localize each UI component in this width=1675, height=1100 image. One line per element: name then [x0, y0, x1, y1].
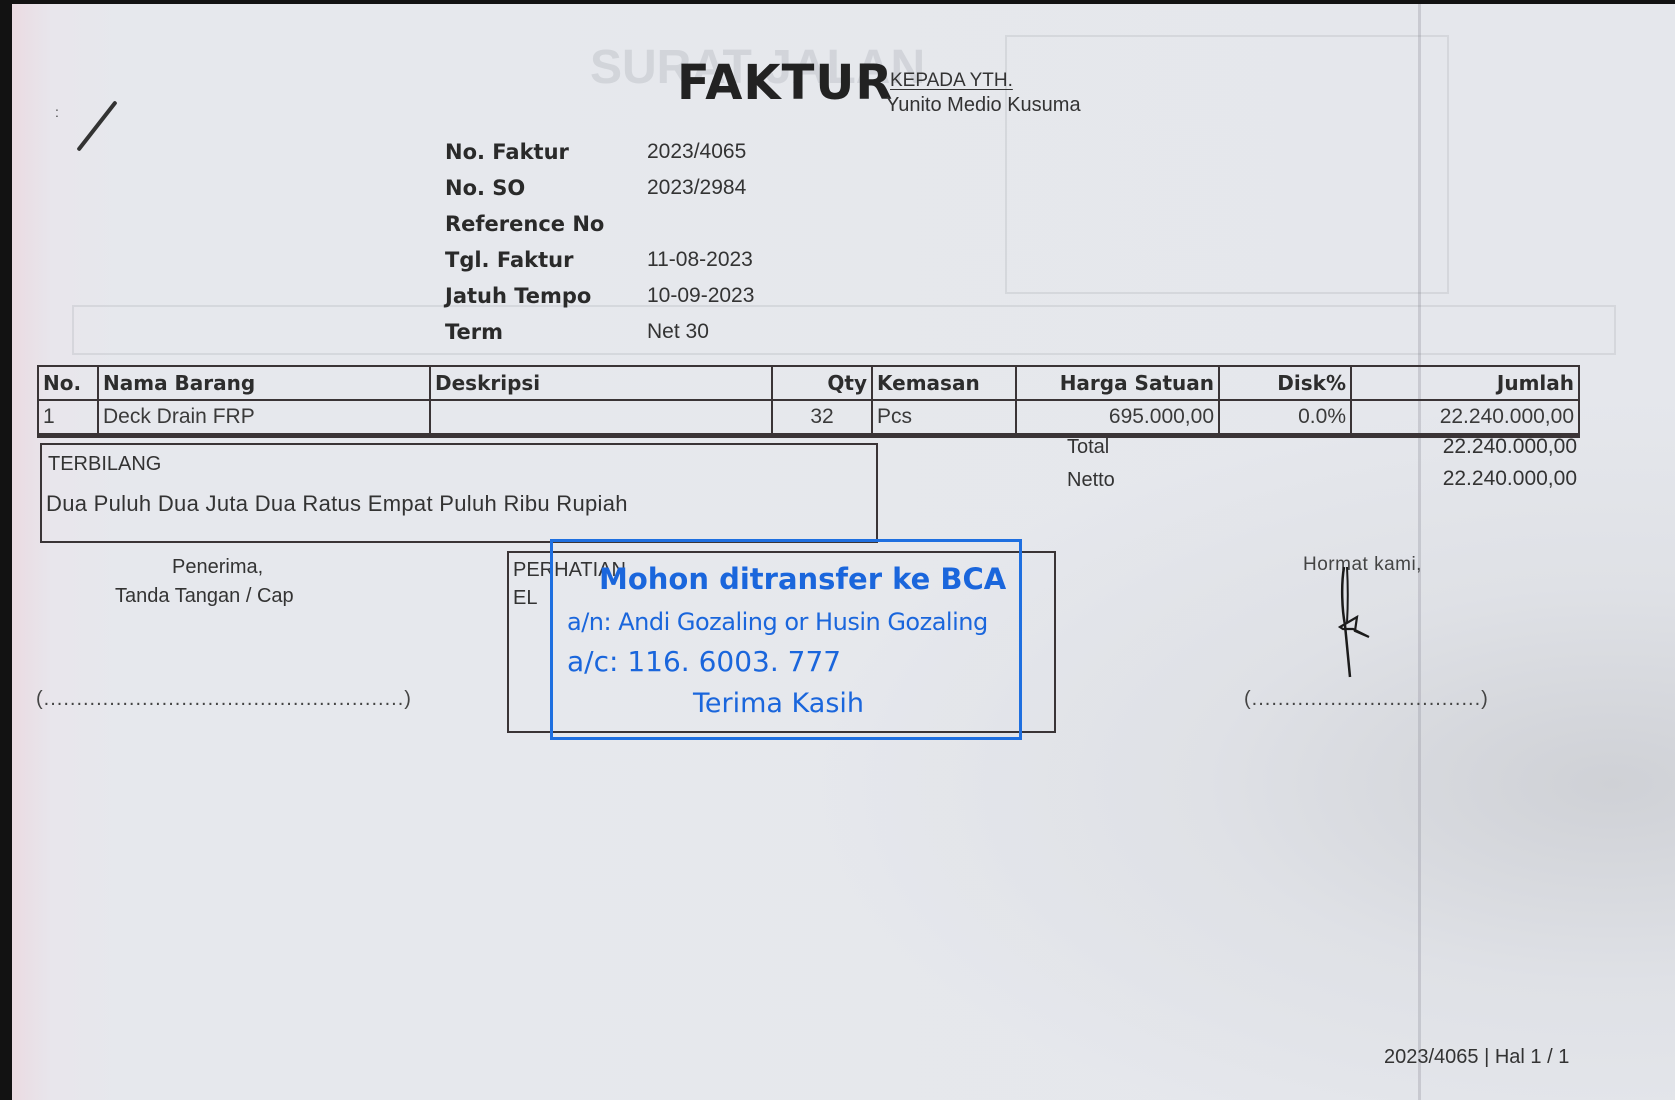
stamp-line-thanks: Terima Kasih	[693, 688, 864, 719]
meta-row-jatuh-tempo: Jatuh Tempo 10-09-2023	[445, 278, 754, 314]
pen-mark-dot: :	[55, 104, 59, 120]
col-no: No.	[38, 366, 98, 400]
cell-disk: 0.0%	[1219, 400, 1351, 436]
netto-value: 22.240.000,00	[1443, 467, 1577, 491]
meta-label: No. SO	[445, 176, 647, 200]
handwritten-signature-icon	[1335, 565, 1395, 685]
stamp-line-transfer: Mohon ditransfer ke BCA	[599, 562, 1006, 596]
cell-kemasan: Pcs	[872, 400, 1016, 436]
meta-label: Term	[445, 320, 647, 344]
table-header-row: No. Nama Barang Deskripsi Qty Kemasan Ha…	[38, 366, 1579, 400]
col-kemasan: Kemasan	[872, 366, 1016, 400]
page-footer: 2023/4065 | Hal 1 / 1	[1384, 1046, 1569, 1069]
invoice-meta: No. Faktur 2023/4065 No. SO 2023/2984 Re…	[445, 134, 754, 350]
total-label: Total	[1067, 436, 1109, 459]
stamp-line-account-name: a/n: Andi Gozaling or Husin Gozaling	[567, 608, 988, 636]
col-deskripsi: Deskripsi	[430, 366, 772, 400]
table-row: 1 Deck Drain FRP 32 Pcs 695.000,00 0.0% …	[38, 400, 1579, 436]
recipient-label: KEPADA YTH.	[890, 70, 1013, 92]
receiver-sign-instruction: Tanda Tangan / Cap	[115, 585, 294, 608]
items-table: No. Nama Barang Deskripsi Qty Kemasan Ha…	[37, 365, 1580, 438]
meta-row-term: Term Net 30	[445, 314, 754, 350]
col-disk: Disk%	[1219, 366, 1351, 400]
col-nama-barang: Nama Barang	[98, 366, 430, 400]
col-qty: Qty	[772, 366, 872, 400]
col-harga-satuan: Harga Satuan	[1016, 366, 1219, 400]
terbilang-text: Dua Puluh Dua Juta Dua Ratus Empat Puluh…	[46, 491, 628, 517]
terbilang-box: TERBILANG Dua Puluh Dua Juta Dua Ratus E…	[40, 443, 878, 543]
netto-label: Netto	[1067, 469, 1115, 492]
meta-row-no-faktur: No. Faktur 2023/4065	[445, 134, 754, 170]
show-through-box	[1005, 35, 1449, 294]
cell-qty: 32	[772, 400, 872, 436]
meta-value: 11-08-2023	[647, 248, 753, 272]
cell-no: 1	[38, 400, 98, 436]
bank-transfer-stamp: Mohon ditransfer ke BCA a/n: Andi Gozali…	[550, 539, 1022, 740]
meta-label: Jatuh Tempo	[445, 284, 647, 308]
sender-signature-line: (...................................)	[1244, 688, 1489, 711]
meta-value: 2023/2984	[647, 176, 746, 200]
meta-label: No. Faktur	[445, 140, 647, 164]
stamp-line-account-number: a/c: 116. 6003. 777	[567, 645, 841, 678]
meta-value: Net 30	[647, 320, 709, 344]
meta-row-tgl-faktur: Tgl. Faktur 11-08-2023	[445, 242, 754, 278]
meta-value: 10-09-2023	[647, 284, 754, 308]
notice-text: EL	[513, 587, 537, 610]
total-value: 22.240.000,00	[1443, 435, 1577, 459]
meta-row-reference-no: Reference No	[445, 206, 754, 242]
recipient-name: Yunito Medio Kusuma	[886, 94, 1081, 117]
receiver-label: Penerima,	[172, 556, 263, 579]
cell-harga-satuan: 695.000,00	[1016, 400, 1219, 436]
document-title: FAKTUR	[677, 55, 893, 111]
meta-value: 2023/4065	[647, 140, 746, 164]
cell-jumlah: 22.240.000,00	[1351, 400, 1579, 436]
terbilang-label: TERBILANG	[48, 453, 161, 476]
cell-nama-barang: Deck Drain FRP	[98, 400, 430, 436]
meta-row-no-so: No. SO 2023/2984	[445, 170, 754, 206]
receiver-signature-line: (.......................................…	[36, 688, 412, 711]
show-through-table	[72, 305, 1616, 355]
meta-label: Tgl. Faktur	[445, 248, 647, 272]
cell-deskripsi	[430, 400, 772, 436]
col-jumlah: Jumlah	[1351, 366, 1579, 400]
meta-label: Reference No	[445, 212, 647, 236]
